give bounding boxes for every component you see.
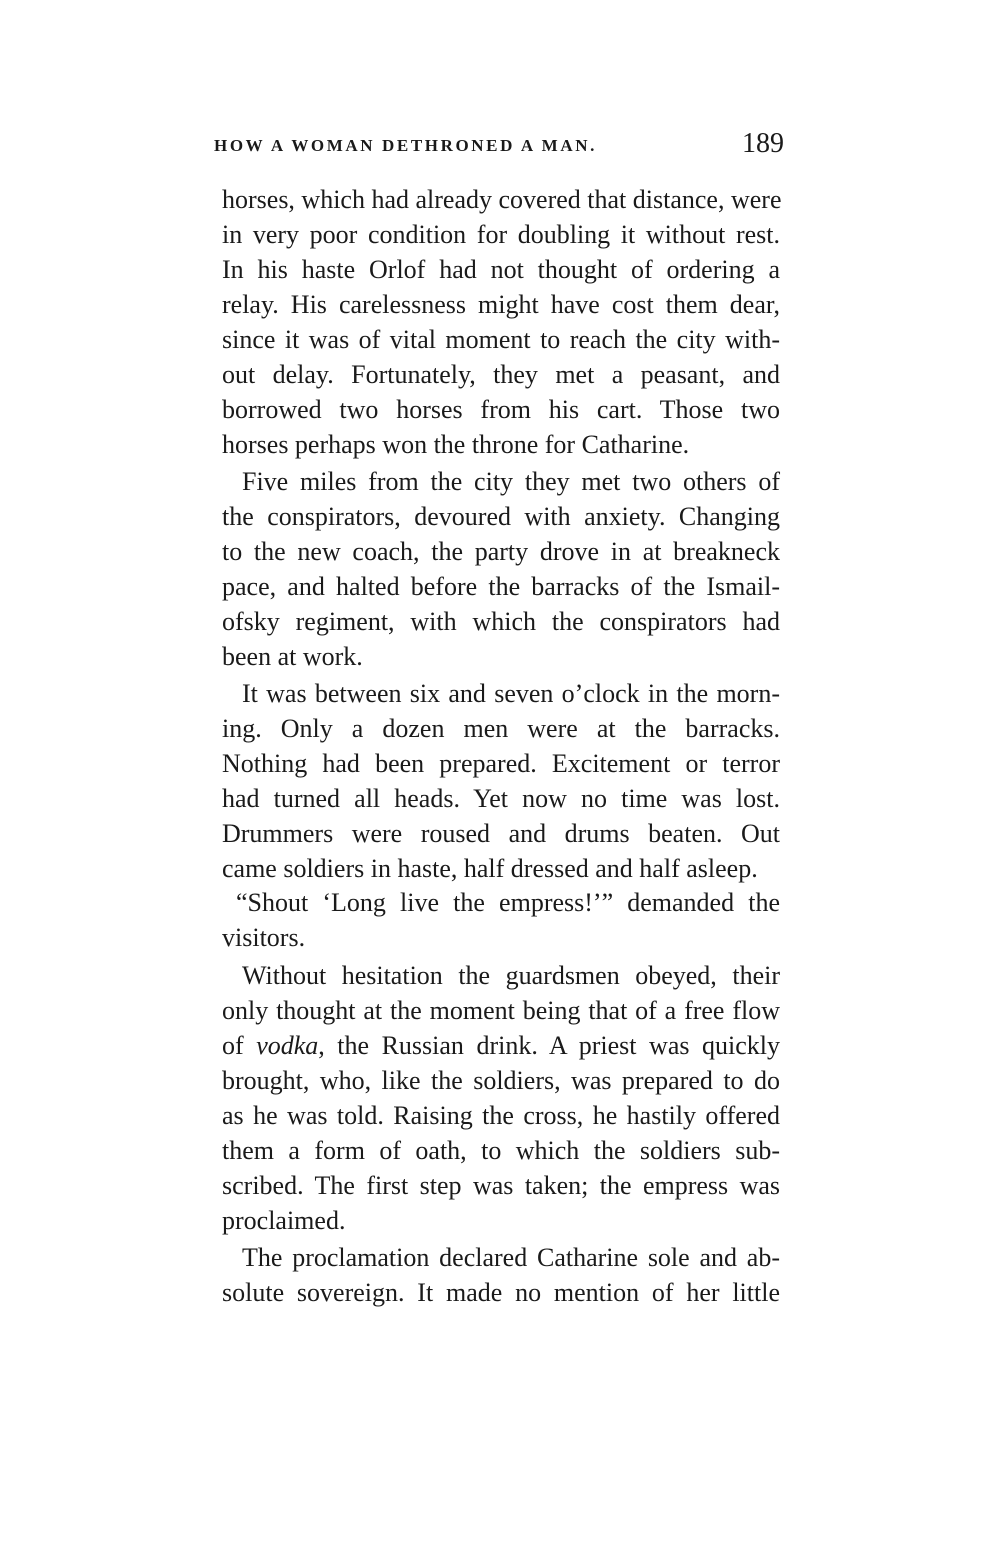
running-title: HOW A WOMAN DETHRONED A MAN. [214,136,597,156]
running-head: HOW A WOMAN DETHRONED A MAN. 189 [214,128,784,168]
text-line-with-italic: of vodka, the Russian drink. A priest wa… [222,1028,780,1064]
text-segment: , the Russian drink. A priest was quickl… [318,1031,780,1060]
text-line: the conspirators, devoured with anxiety.… [222,499,780,535]
text-line: scribed. The first step was taken; the e… [222,1168,780,1204]
text-line: in very poor condition for doubling it w… [222,217,780,253]
text-line: pace, and halted before the barracks of … [222,569,780,605]
text-line: Five miles from the city they met two ot… [242,464,780,500]
text-line: been at work. [222,639,780,675]
italic-word: vodka [256,1031,318,1060]
text-line: horses perhaps won the throne for Cathar… [222,427,780,463]
text-line: proclaimed. [222,1203,780,1239]
text-line: The proclamation declared Catharine sole… [242,1240,780,1276]
page-number: 189 [742,128,784,160]
text-line: horses, which had already covered that d… [222,182,780,218]
text-line: ofsky regiment, with which the conspirat… [222,604,780,640]
text-line: It was between six and seven o’clock in … [242,676,780,712]
text-line: solute sovereign. It made no mention of … [222,1275,780,1311]
text-line: Without hesitation the guardsmen obeyed,… [242,958,780,994]
text-line: had turned all heads. Yet now no time wa… [222,781,780,817]
text-line: ing. Only a dozen men were at the barrac… [222,711,780,747]
text-line: since it was of vital moment to reach th… [222,322,780,358]
text-line: relay. His carelessness might have cost … [222,287,780,323]
book-page: HOW A WOMAN DETHRONED A MAN. 189 horses,… [0,0,1000,1559]
text-line: Nothing had been prepared. Excitement or… [222,746,780,782]
text-segment: of [222,1031,256,1060]
text-line: to the new coach, the party drove in at … [222,534,780,570]
text-line: borrowed two horses from his cart. Those… [222,392,780,428]
text-line: only thought at the moment being that of… [222,993,780,1029]
text-line: brought, who, like the soldiers, was pre… [222,1063,780,1099]
text-line: as he was told. Raising the cross, he ha… [222,1098,780,1134]
text-line: came soldiers in haste, half dressed and… [222,851,780,887]
text-line: them a form of oath, to which the soldie… [222,1133,780,1169]
text-line: In his haste Orlof had not thought of or… [222,252,780,288]
text-line: Drummers were roused and drums beaten. O… [222,816,780,852]
text-line: visitors. [222,920,780,956]
text-line: out delay. Fortunately, they met a peasa… [222,357,780,393]
text-line: “Shout ‘Long live the empress!’” demande… [236,885,780,921]
